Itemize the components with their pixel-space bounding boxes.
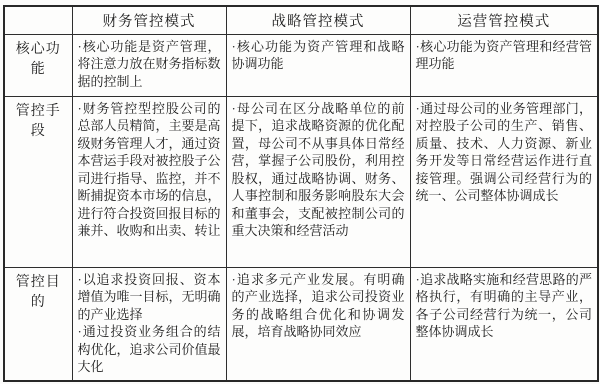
cell-control-means-financial: ·财务管控型控股公司的总部人员精简，主要是高级财务管理人才，通过资本营运手段对被…: [72, 96, 226, 267]
header-cell-operational-mode: 运营管控模式: [410, 6, 598, 34]
cell-paragraph: ·追求战略实施和经营思路的严格执行，有明确的主导产业，各子公司经营行为统一，公司…: [416, 271, 593, 341]
cell-control-purpose-financial: ·以追求投资回报、资本增值为唯一目标，无明确的产业选择 ·通过投资业务组合的结构…: [72, 267, 226, 381]
cell-core-function-operational: ·核心功能为资产管理和经营管理功能: [410, 34, 598, 96]
cell-paragraph: ·通过投资业务组合的结构优化，追求公司价值最大化: [78, 323, 221, 376]
row-control-means: 管控手段 ·财务管控型控股公司的总部人员精简，主要是高级财务管理人才，通过资本营…: [4, 96, 598, 267]
header-row: 财务管控模式 战略管控模式 运营管控模式: [4, 6, 598, 34]
cell-paragraph: ·通过母公司的业务管理部门，对控股子公司的生产、销售、质量、技术、人力资源、新业…: [416, 100, 593, 205]
row-label-control-purpose: 管控目的: [4, 267, 72, 381]
management-control-comparison-table: 财务管控模式 战略管控模式 运营管控模式 核心功能 ·核心功能是资产管理，将注意…: [3, 5, 599, 382]
cell-core-function-strategic: ·核心功能为资产管理和战略协调功能: [226, 34, 410, 96]
cell-paragraph: ·核心功能是资产管理，将注意力放在财务指标数据的控制上: [78, 38, 221, 91]
row-control-purpose: 管控目的 ·以追求投资回报、资本增值为唯一目标，无明确的产业选择 ·通过投资业务…: [4, 267, 598, 381]
cell-paragraph: ·核心功能为资产管理和战略协调功能: [232, 38, 405, 73]
row-label-control-means: 管控手段: [4, 96, 72, 267]
cell-paragraph: ·母公司在区分战略单位的前提下，追求战略资源的优化配置，母公司不从事具体日常经营…: [232, 100, 405, 240]
cell-control-purpose-strategic: ·追求多元产业发展。有明确的产业选择，追求公司投资业务的战略组合优化和协调发展，…: [226, 267, 410, 381]
cell-paragraph: ·核心功能为资产管理和经营管理功能: [416, 38, 593, 73]
cell-paragraph: ·以追求投资回报、资本增值为唯一目标，无明确的产业选择: [78, 271, 221, 324]
header-cell-financial-mode: 财务管控模式: [72, 6, 226, 34]
header-cell-empty: [4, 6, 72, 34]
header-cell-strategic-mode: 战略管控模式: [226, 6, 410, 34]
row-core-function: 核心功能 ·核心功能是资产管理，将注意力放在财务指标数据的控制上 ·核心功能为资…: [4, 34, 598, 96]
row-label-core-function: 核心功能: [4, 34, 72, 96]
cell-control-means-strategic: ·母公司在区分战略单位的前提下，追求战略资源的优化配置，母公司不从事具体日常经营…: [226, 96, 410, 267]
scanned-document-page: 财务管控模式 战略管控模式 运营管控模式 核心功能 ·核心功能是资产管理，将注意…: [0, 0, 600, 384]
cell-paragraph: ·追求多元产业发展。有明确的产业选择，追求公司投资业务的战略组合优化和协调发展，…: [232, 271, 405, 341]
cell-core-function-financial: ·核心功能是资产管理，将注意力放在财务指标数据的控制上: [72, 34, 226, 96]
cell-paragraph: ·财务管控型控股公司的总部人员精简，主要是高级财务管理人才，通过资本营运手段对被…: [78, 100, 221, 240]
cell-control-purpose-operational: ·追求战略实施和经营思路的严格执行，有明确的主导产业，各子公司经营行为统一，公司…: [410, 267, 598, 381]
cell-control-means-operational: ·通过母公司的业务管理部门，对控股子公司的生产、销售、质量、技术、人力资源、新业…: [410, 96, 598, 267]
